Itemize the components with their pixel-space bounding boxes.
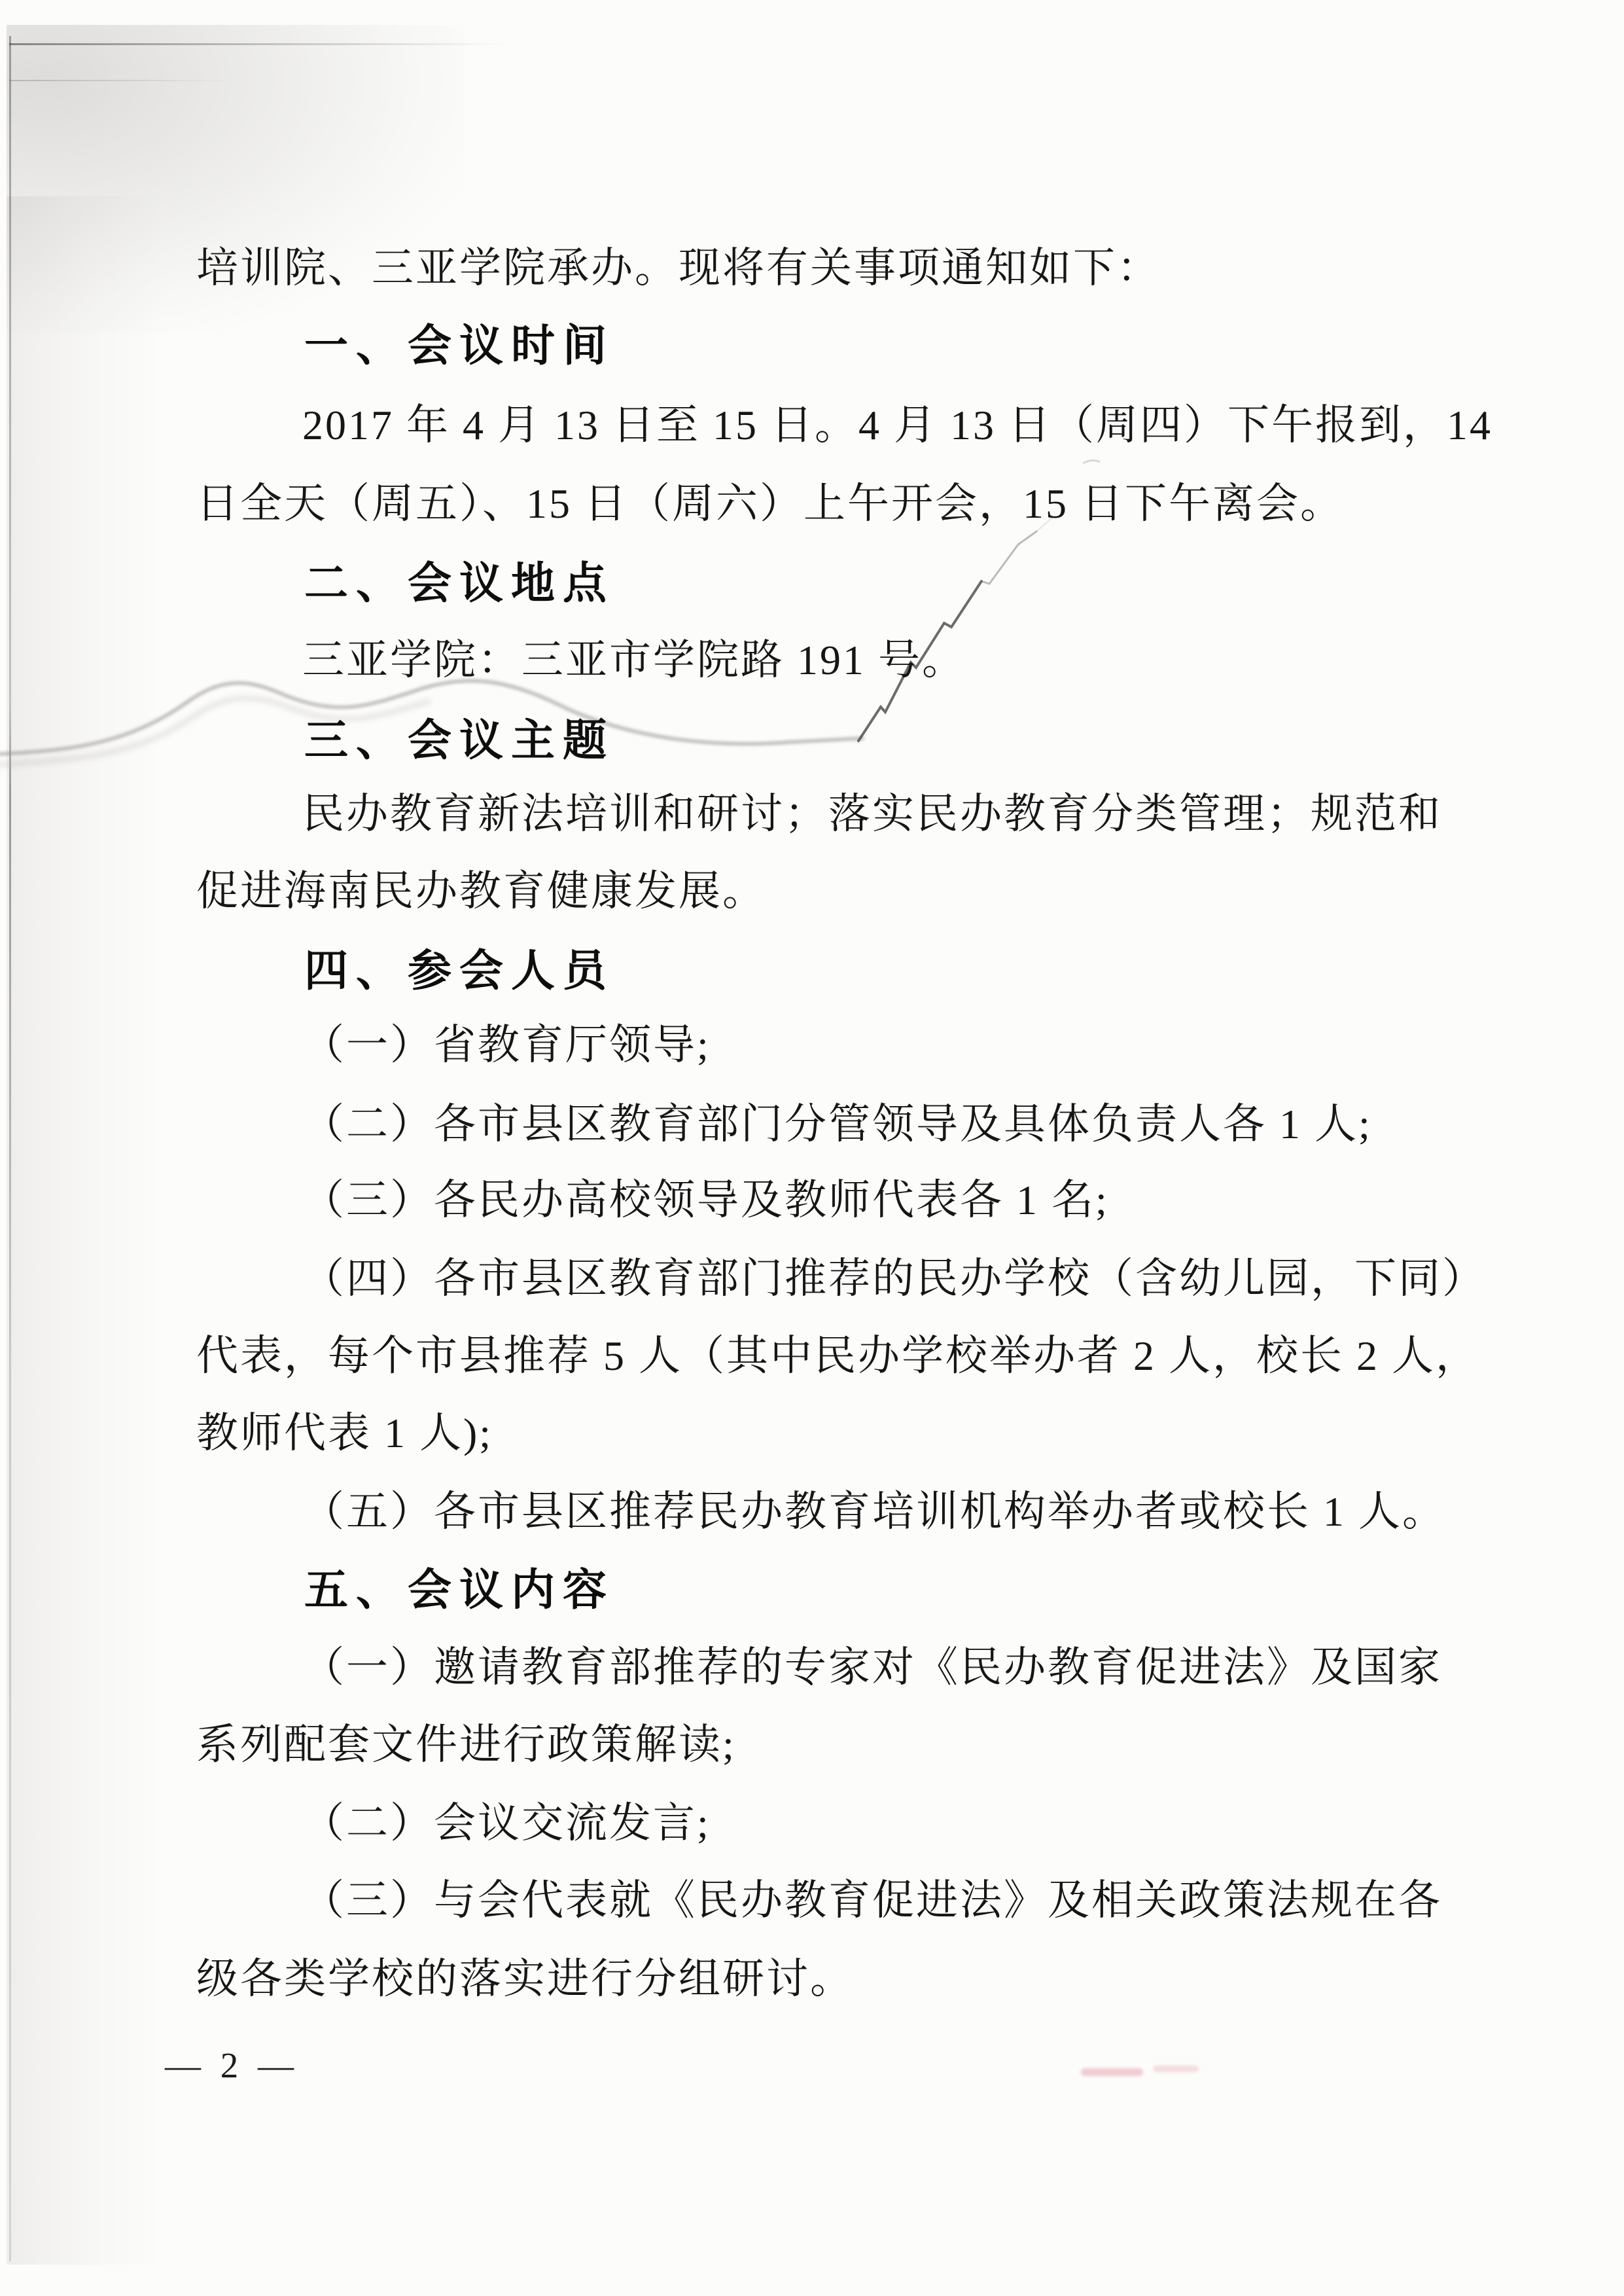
text-line: 日全天（周五）、15 日（周六）上午开会，15 日下午离会。 bbox=[196, 483, 1344, 525]
section-heading-4-participants: 四、参会人员 bbox=[304, 949, 614, 993]
text-line: （三）与会代表就《民办教育促进法》及相关政策法规在各 bbox=[302, 1880, 1442, 1922]
section-heading-3-meeting-theme: 三、会议主题 bbox=[304, 719, 614, 762]
scanned-document-page: 培训院、三亚学院承办。现将有关事项通知如下： 一、会议时间 2017 年 4 月… bbox=[0, 0, 1624, 2296]
text-line: 级各类学校的落实进行分组研讨。 bbox=[196, 1958, 854, 2000]
scan-edge-line-left bbox=[9, 36, 11, 2261]
section-heading-5-meeting-content: 五、会议内容 bbox=[304, 1568, 614, 1612]
text-line: （二）会议交流发言; bbox=[302, 1803, 711, 1844]
text-line: 系列配套文件进行政策解读; bbox=[196, 1724, 736, 1766]
pink-smudge-faint bbox=[1153, 2066, 1199, 2072]
text-line: （一）省教育厅领导; bbox=[302, 1024, 711, 1066]
text-line: （四）各市县区教育部门推荐的民办学校（含幼儿园，下同） bbox=[302, 1258, 1486, 1300]
tear-line-fading bbox=[981, 531, 1036, 584]
paper-crease bbox=[0, 0, 1624, 2296]
text-line: （二）各市县区教育部门分管领导及具体负责人各 1 人; bbox=[302, 1103, 1372, 1145]
pink-smudge bbox=[1081, 2068, 1143, 2076]
scan-speck bbox=[1083, 460, 1100, 463]
scan-edge-line-top-faint bbox=[9, 80, 232, 81]
section-heading-1-meeting-time: 一、会议时间 bbox=[304, 324, 614, 368]
page-number: — 2 — bbox=[165, 2045, 299, 2086]
text-line: 三亚学院：三亚市学院路 191 号。 bbox=[302, 639, 966, 681]
section-heading-2-meeting-place: 二、会议地点 bbox=[304, 562, 614, 605]
text-line: 代表，每个市县推荐 5 人（其中民办学校举办者 2 人，校长 2 人， bbox=[196, 1335, 1479, 1377]
text-line: 2017 年 4 月 13 日至 15 日。4 月 13 日（周四）下午报到，1… bbox=[302, 404, 1492, 446]
text-line: 促进海南民办教育健康发展。 bbox=[196, 870, 766, 912]
text-line: （五）各市县区推荐民办教育培训机构举办者或校长 1 人。 bbox=[302, 1491, 1446, 1533]
text-line: 教师代表 1 人); bbox=[196, 1412, 493, 1454]
text-line: （一）邀请教育部推荐的专家对《民办教育促进法》及国家 bbox=[302, 1647, 1442, 1689]
text-line: 民办教育新法培训和研讨；落实民办教育分类管理；规范和 bbox=[302, 793, 1442, 835]
scan-noise-left-band bbox=[7, 196, 164, 2265]
scan-edge-line-top bbox=[9, 43, 506, 45]
text-line: 培训院、三亚学院承办。现将有关事项通知如下： bbox=[196, 247, 1161, 289]
text-line: （三）各民办高校领导及教师代表各 1 名; bbox=[302, 1179, 1109, 1221]
